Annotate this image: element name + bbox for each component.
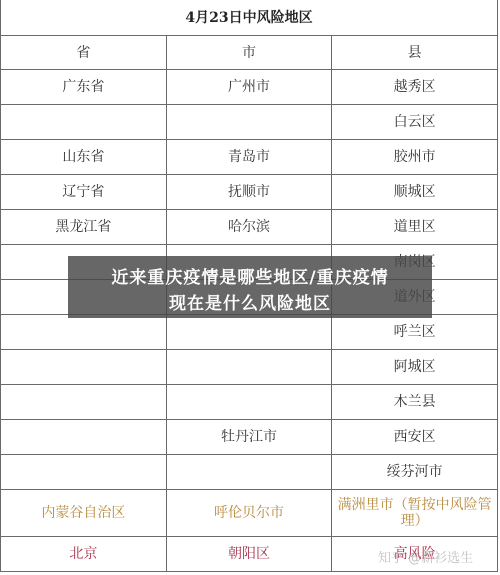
cell-county: 木兰县 [332, 385, 498, 420]
table-row: 呼兰区 [1, 315, 498, 350]
table-row: 广东省广州市越秀区 [1, 70, 498, 105]
cell-county: 道里区 [332, 210, 498, 245]
cell-province: 内蒙谷自治区 [1, 490, 167, 537]
cell-city: 青岛市 [166, 140, 332, 175]
cell-county: 绥芬河市 [332, 455, 498, 490]
header-row: 省 市 县 [1, 36, 498, 70]
table-row: 绥芬河市 [1, 455, 498, 490]
headline-line-1: 近来重庆疫情是哪些地区/重庆疫情 [68, 263, 432, 288]
cell-county: 西安区 [332, 420, 498, 455]
header-province: 省 [1, 36, 167, 70]
cell-province: 山东省 [1, 140, 167, 175]
cell-city: 广州市 [166, 70, 332, 105]
cell-county: 满洲里市（暂按中风险管理） [332, 490, 498, 537]
headline-line-2: 现在是什么风险地区 [68, 289, 432, 314]
header-city: 市 [166, 36, 332, 70]
cell-province [1, 385, 167, 420]
cell-province: 辽宁省 [1, 175, 167, 210]
table-row: 牡丹江市西安区 [1, 420, 498, 455]
cell-province [1, 350, 167, 385]
headline-overlay: 近来重庆疫情是哪些地区/重庆疫情 现在是什么风险地区 [68, 256, 432, 318]
cell-province: 黑龙江省 [1, 210, 167, 245]
cell-province [1, 105, 167, 140]
cell-city [166, 455, 332, 490]
cell-city: 抚顺市 [166, 175, 332, 210]
cell-city: 哈尔滨 [166, 210, 332, 245]
cell-city [166, 385, 332, 420]
table-row: 黑龙江省哈尔滨道里区 [1, 210, 498, 245]
cell-province [1, 315, 167, 350]
header-county: 县 [332, 36, 498, 70]
table-row: 白云区 [1, 105, 498, 140]
cell-city: 呼伦贝尔市 [166, 490, 332, 537]
cell-province: 北京 [1, 537, 167, 572]
cell-county: 越秀区 [332, 70, 498, 105]
watermark: 知乎 @薪衫选生 [378, 547, 473, 566]
table-row: 木兰县 [1, 385, 498, 420]
cell-province: 广东省 [1, 70, 167, 105]
cell-city: 牡丹江市 [166, 420, 332, 455]
cell-province [1, 420, 167, 455]
cell-city [166, 315, 332, 350]
table-row: 阿城区 [1, 350, 498, 385]
cell-city [166, 105, 332, 140]
cell-city [166, 350, 332, 385]
cell-county: 阿城区 [332, 350, 498, 385]
cell-county: 顺城区 [332, 175, 498, 210]
cell-county: 呼兰区 [332, 315, 498, 350]
cell-county: 胶州市 [332, 140, 498, 175]
table-title: 4月23日中风险地区 [1, 0, 498, 36]
cell-county: 白云区 [332, 105, 498, 140]
table-row: 山东省青岛市胶州市 [1, 140, 498, 175]
table-row: 内蒙谷自治区呼伦贝尔市满洲里市（暂按中风险管理） [1, 490, 498, 537]
cell-city: 朝阳区 [166, 537, 332, 572]
cell-province [1, 455, 167, 490]
table-row: 辽宁省抚顺市顺城区 [1, 175, 498, 210]
